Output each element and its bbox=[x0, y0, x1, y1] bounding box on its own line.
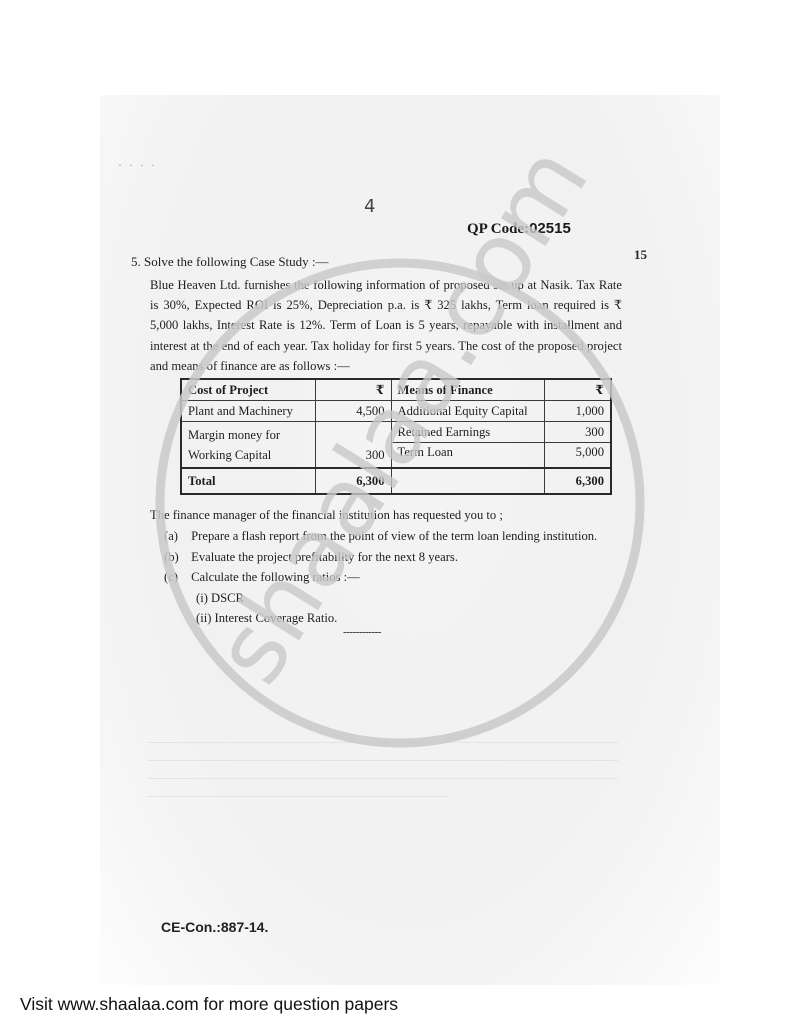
request-item: (c) Calculate the following ratios :— bbox=[164, 567, 597, 588]
cost-value: 300 bbox=[315, 422, 391, 469]
header-rupee-symbol: ₹ bbox=[544, 379, 611, 401]
project-finance-table: Cost of Project ₹ Means of Finance ₹ Pla… bbox=[180, 378, 612, 495]
table-row: Plant and Machinery 4,500 Additional Equ… bbox=[181, 401, 611, 422]
total-empty-cell bbox=[391, 468, 544, 494]
request-sub-label: (i) bbox=[196, 591, 208, 605]
cost-label-line: Working Capital bbox=[188, 445, 309, 465]
question-marks: 15 bbox=[634, 247, 647, 263]
finance-value: 5,000 bbox=[544, 443, 611, 469]
exam-code: CE-Con.:887-14. bbox=[161, 919, 268, 935]
table-total-row: Total 6,300 6,300 bbox=[181, 468, 611, 494]
finance-label: Term Loan bbox=[391, 443, 544, 469]
header-cost-of-project: Cost of Project bbox=[181, 379, 315, 401]
stray-marks: · · · · bbox=[118, 158, 157, 173]
requests-list: (a) Prepare a flash report from the poin… bbox=[164, 526, 597, 629]
header-rupee-symbol: ₹ bbox=[315, 379, 391, 401]
end-separator: ------------ bbox=[343, 626, 381, 638]
cost-label-line: Margin money for bbox=[188, 425, 309, 445]
bleed-through-line bbox=[148, 778, 618, 779]
request-label: (a) bbox=[164, 526, 188, 547]
finance-label: Additional Equity Capital bbox=[391, 401, 544, 422]
request-sub-text: DSCR bbox=[211, 591, 244, 605]
table-row: Margin money for Working Capital 300 Ret… bbox=[181, 422, 611, 443]
requests-intro: The finance manager of the financial ins… bbox=[150, 508, 503, 523]
question-title: 5. Solve the following Case Study :— bbox=[131, 254, 329, 270]
finance-value: 300 bbox=[544, 422, 611, 443]
page-number: 4 bbox=[364, 196, 375, 217]
request-text: Prepare a flash report from the point of… bbox=[191, 529, 597, 543]
request-sub-item: (i) DSCR bbox=[164, 588, 597, 609]
header-means-of-finance: Means of Finance bbox=[391, 379, 544, 401]
total-label: Total bbox=[181, 468, 315, 494]
cost-value: 4,500 bbox=[315, 401, 391, 422]
bleed-through-line bbox=[148, 742, 618, 743]
bleed-through-line bbox=[148, 796, 448, 797]
qp-code: QP Code:02515 bbox=[467, 220, 571, 238]
total-cost-value: 6,300 bbox=[315, 468, 391, 494]
request-sub-label: (ii) bbox=[196, 611, 211, 625]
finance-value: 1,000 bbox=[544, 401, 611, 422]
table-header-row: Cost of Project ₹ Means of Finance ₹ bbox=[181, 379, 611, 401]
cost-label: Plant and Machinery bbox=[181, 401, 315, 422]
request-text: Evaluate the project prefitability for t… bbox=[191, 550, 458, 564]
request-label: (b) bbox=[164, 547, 188, 568]
request-item: (a) Prepare a flash report from the poin… bbox=[164, 526, 597, 547]
bleed-through-line bbox=[148, 760, 618, 761]
request-label: (c) bbox=[164, 567, 188, 588]
request-text: Calculate the following ratios :— bbox=[191, 570, 360, 584]
case-study-paragraph: Blue Heaven Ltd. furnishes the following… bbox=[150, 275, 622, 376]
request-item: (b) Evaluate the project prefitability f… bbox=[164, 547, 597, 568]
cost-label: Margin money for Working Capital bbox=[181, 422, 315, 469]
qp-code-value: 02515 bbox=[529, 220, 571, 237]
finance-label: Retained Earnings bbox=[391, 422, 544, 443]
qp-code-label: QP Code: bbox=[467, 221, 529, 237]
visit-website-text: Visit www.shaalaa.com for more question … bbox=[20, 994, 398, 1015]
request-sub-text: Interest Coverage Ratio. bbox=[215, 611, 338, 625]
total-finance-value: 6,300 bbox=[544, 468, 611, 494]
